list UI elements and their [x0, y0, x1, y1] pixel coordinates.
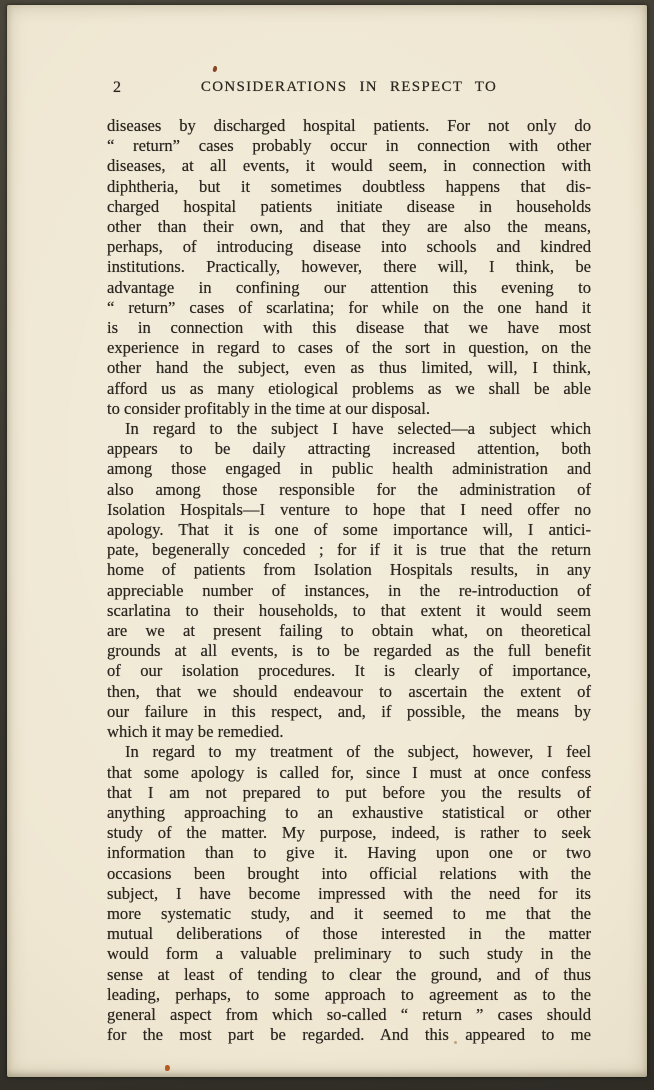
text-line: appears to be daily attracting increased…: [107, 439, 591, 459]
text-line: more systematic study, and it seemed to …: [107, 904, 591, 924]
text-line: diseases by discharged hospital patients…: [107, 116, 591, 136]
text-line: home of patients from Isolation Hospital…: [107, 560, 591, 580]
text-line: general aspect from which so-called “ re…: [107, 1005, 591, 1025]
text-line: other hand the subject, even as thus lim…: [107, 358, 591, 378]
text-line: grounds at all events, is to be regarded…: [107, 641, 591, 661]
ink-speck: [165, 1065, 170, 1071]
page-number: 2: [113, 79, 121, 97]
text-line: among those engaged in public health adm…: [107, 459, 591, 479]
text-line: is in connection with this disease that …: [107, 318, 591, 338]
text-line: our failure in this respect, and, if pos…: [107, 702, 591, 722]
running-header: 2 CONSIDERATIONS IN RESPECT TO: [107, 79, 591, 99]
text-line: also among those responsible for the adm…: [107, 480, 591, 500]
text-line: advantage in confining our attention thi…: [107, 278, 591, 298]
text-line: diphtheria, but it sometimes doubtless h…: [107, 177, 591, 197]
text-line: would form a valuable preliminary to suc…: [107, 944, 591, 964]
text-line: scarlatina to their households, to that …: [107, 601, 591, 621]
text-line: mutual deliberations of those interested…: [107, 924, 591, 944]
scan-background: 2 CONSIDERATIONS IN RESPECT TO diseases …: [0, 0, 654, 1090]
text-line: other than their own, and that they are …: [107, 217, 591, 237]
text-line: perhaps, of introducing disease into sch…: [107, 237, 591, 257]
text-line: institutions. Practically, however, ther…: [107, 257, 591, 277]
text-line: for the most part be regarded. And this …: [107, 1025, 591, 1045]
text-line: of our isolation procedures. It is clear…: [107, 661, 591, 681]
ink-speck: [212, 65, 218, 72]
text-line: then, that we should endeavour to ascert…: [107, 682, 591, 702]
text-line: sense at least of tending to clear the g…: [107, 965, 591, 985]
text-line: apology. That it is one of some importan…: [107, 520, 591, 540]
paragraph: diseases by discharged hospital patients…: [107, 116, 591, 419]
text-line: In regard to the subject I have selected…: [107, 419, 591, 439]
text-line: which it may be remedied.: [107, 722, 591, 742]
text-line: to consider profitably in the time at ou…: [107, 399, 591, 419]
book-page: 2 CONSIDERATIONS IN RESPECT TO diseases …: [7, 5, 647, 1077]
text-line: charged hospital patients initiate disea…: [107, 197, 591, 217]
text-line: subject, I have become impressed with th…: [107, 884, 591, 904]
page-body: diseases by discharged hospital patients…: [107, 116, 591, 1045]
text-line: study of the matter. My purpose, indeed,…: [107, 823, 591, 843]
text-line: diseases, at all events, it would seem, …: [107, 156, 591, 176]
text-line: occasions been brought into official rel…: [107, 864, 591, 884]
text-line: experience in regard to cases of the sor…: [107, 338, 591, 358]
text-line: appreciable number of instances, in the …: [107, 581, 591, 601]
paragraph: In regard to my treatment of the subject…: [107, 742, 591, 1045]
text-line: that I am not prepared to put before you…: [107, 783, 591, 803]
ink-speck: [454, 1041, 457, 1044]
text-line: Isolation Hospitals—I venture to hope th…: [107, 500, 591, 520]
text-line: pate, begenerally conceded ; for if it i…: [107, 540, 591, 560]
text-line: In regard to my treatment of the subject…: [107, 742, 591, 762]
text-line: “ return” cases probably occur in connec…: [107, 136, 591, 156]
text-line: anything approaching to an exhaustive st…: [107, 803, 591, 823]
text-line: information than to give it. Having upon…: [107, 843, 591, 863]
text-line: that some apology is called for, since I…: [107, 763, 591, 783]
paragraph: In regard to the subject I have selected…: [107, 419, 591, 742]
text-line: afford us as many etiological problems a…: [107, 379, 591, 399]
running-head-title: CONSIDERATIONS IN RESPECT TO: [107, 79, 591, 96]
text-line: are we at present failing to obtain what…: [107, 621, 591, 641]
text-line: leading, perhaps, to some approach to ag…: [107, 985, 591, 1005]
text-line: “ return” cases of scarlatina; for while…: [107, 298, 591, 318]
